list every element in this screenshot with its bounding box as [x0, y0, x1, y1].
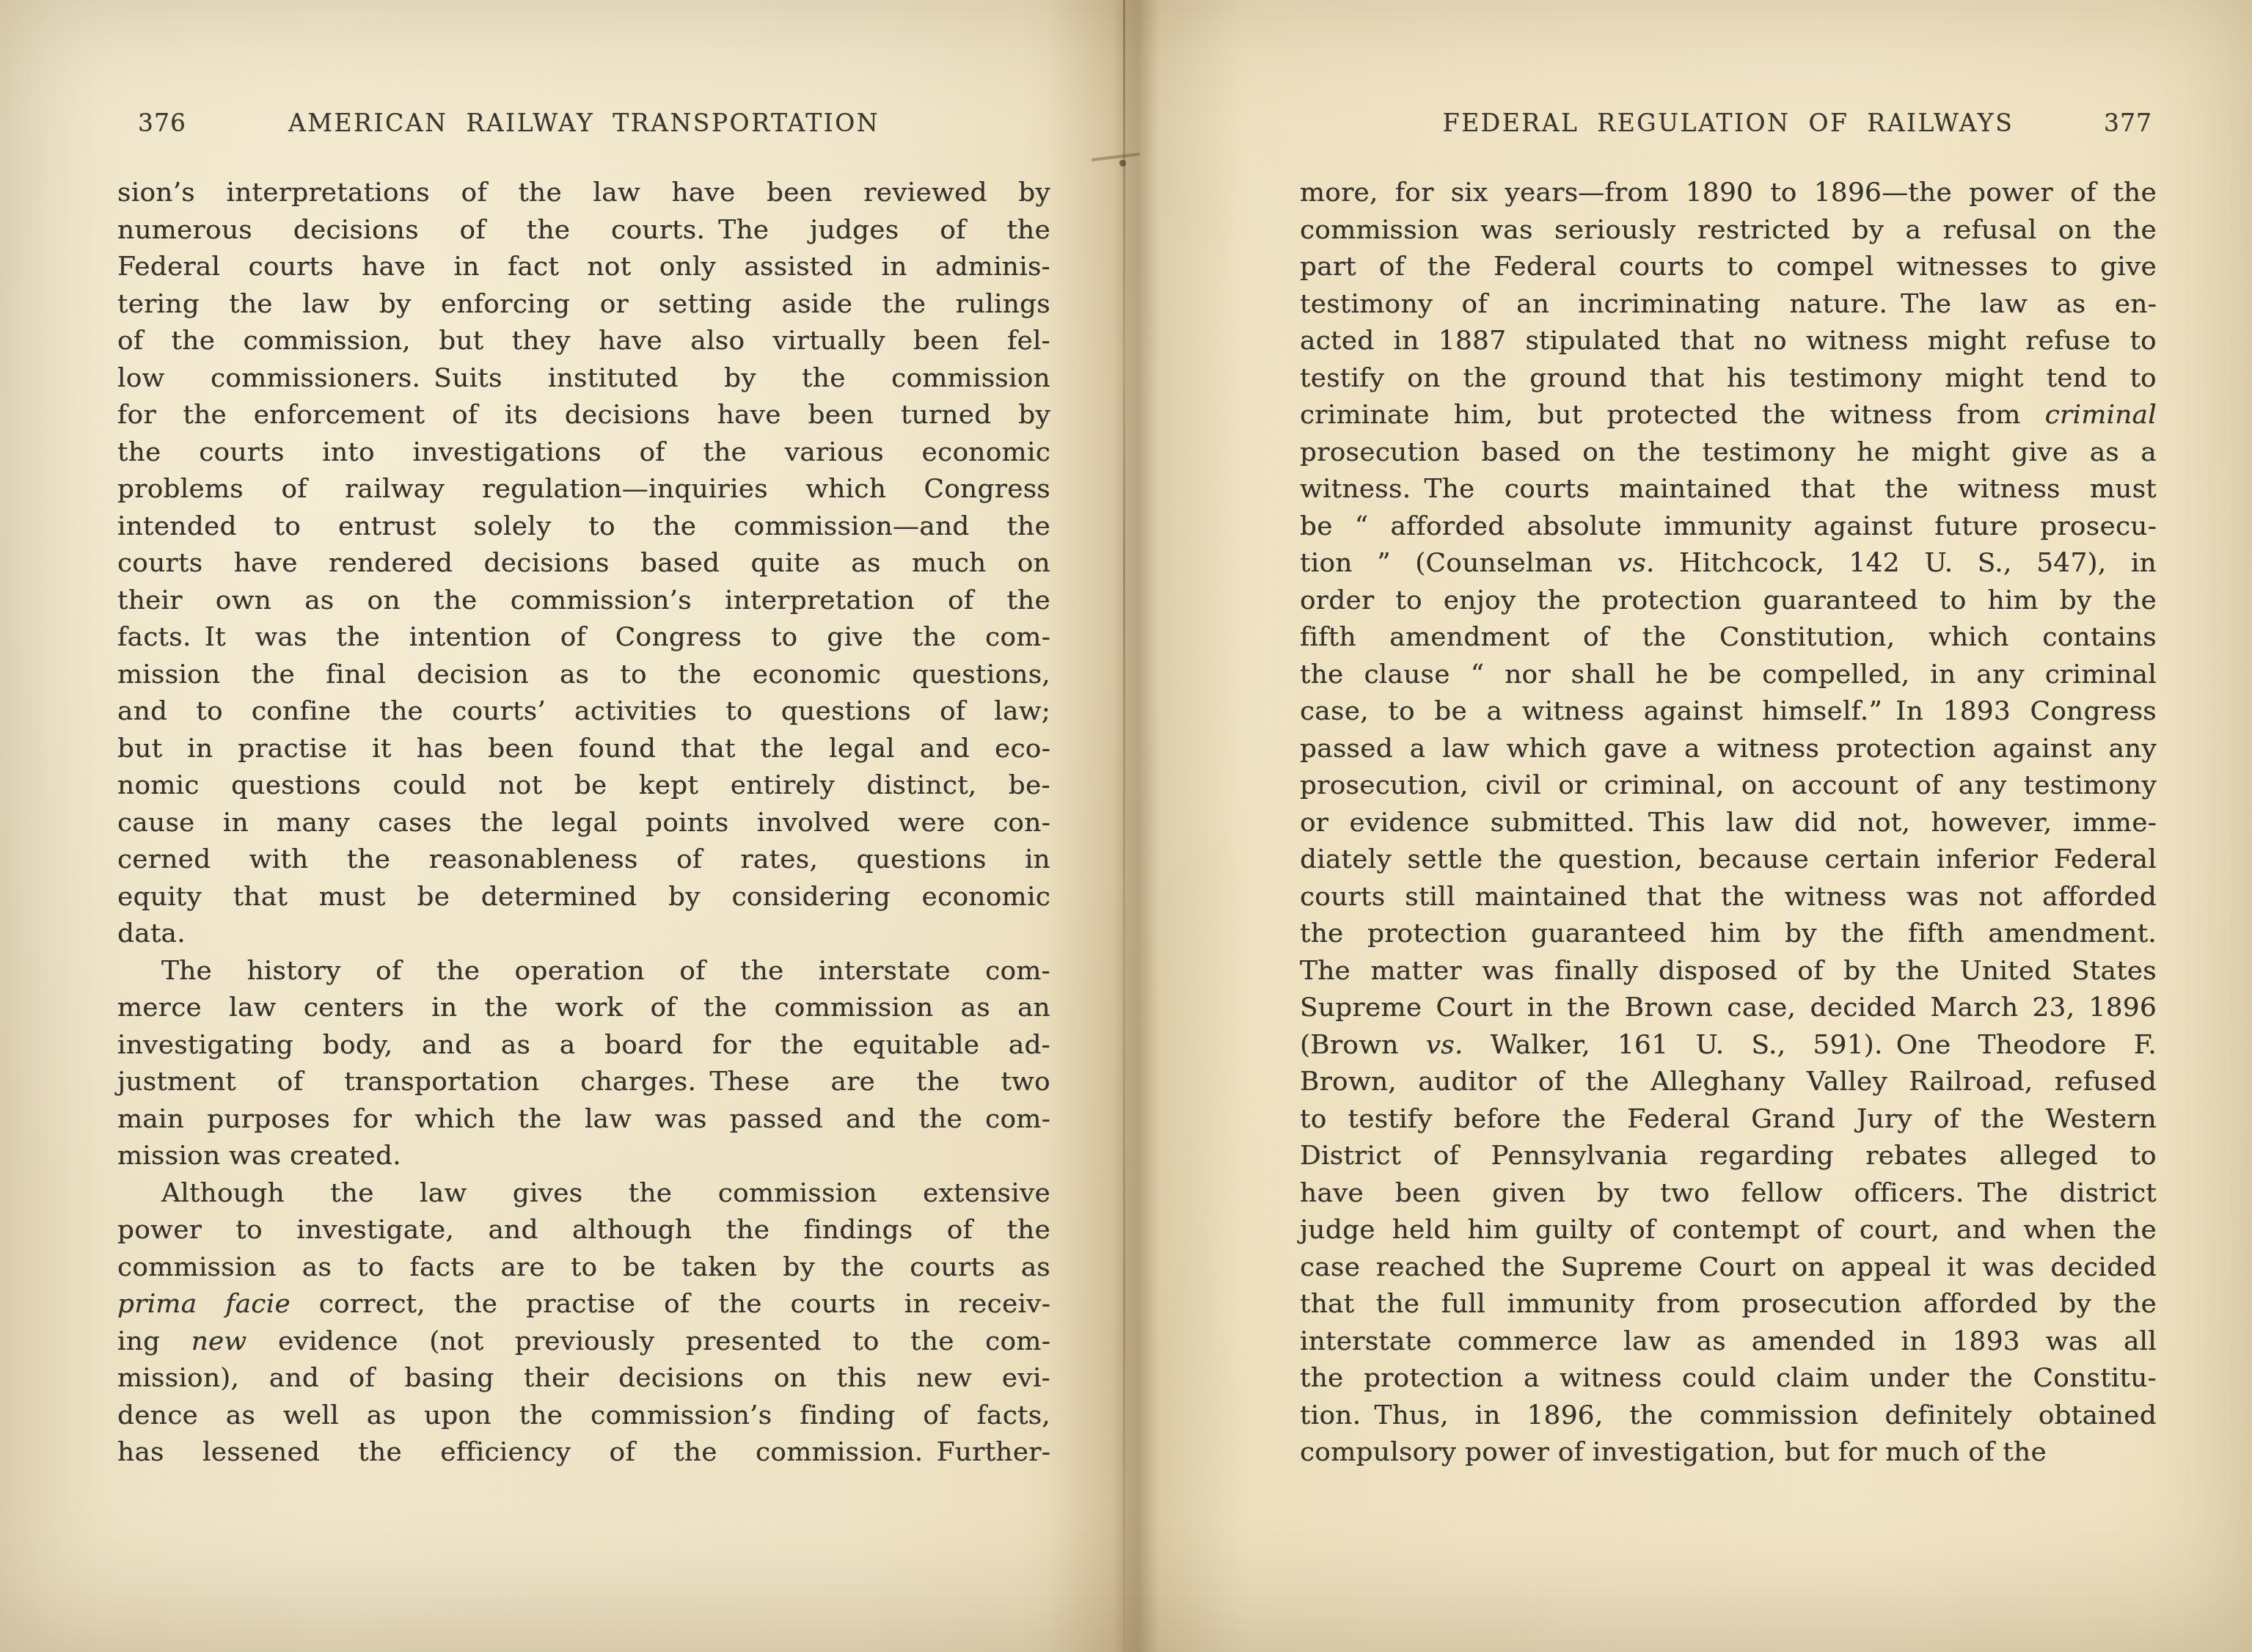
text-line: courts have rendered decisions based qui…: [117, 545, 1050, 582]
text-line: Federal courts have in fact not only ass…: [117, 249, 1050, 286]
text-line: The matter was finally disposed of by th…: [1300, 953, 2157, 990]
text-line: criminate him, but protected the witness…: [1300, 397, 2157, 434]
text-line: have been given by two fellow officers. …: [1300, 1175, 2157, 1213]
text-line: Supreme Court in the Brown case, decided…: [1300, 990, 2157, 1027]
text-line: testify on the ground that his testimony…: [1300, 360, 2157, 398]
left-page-text: sion’s interpretations of the law have b…: [117, 175, 1050, 1472]
text-line: the protection guaranteed him by the fif…: [1300, 915, 2157, 953]
text-line: prosecution, civil or criminal, on accou…: [1300, 767, 2157, 805]
text-line: judge held him guilty of contempt of cou…: [1300, 1212, 2157, 1249]
text-line: nomic questions could not be kept entire…: [117, 767, 1050, 805]
text-line: case reached the Supreme Court on appeal…: [1300, 1249, 2157, 1287]
text-line: acted in 1887 stipulated that no witness…: [1300, 323, 2157, 360]
text-line: has lessened the efficiency of the commi…: [117, 1434, 1050, 1472]
text-line: tion ” (Counselman vs. Hitchcock, 142 U.…: [1300, 545, 2157, 582]
text-line: diately settle the question, because cer…: [1300, 841, 2157, 879]
text-line: District of Pennsylvania regarding rebat…: [1300, 1138, 2157, 1175]
text-line: prima facie correct, the practise of the…: [117, 1286, 1050, 1323]
text-line: the clause “ nor shall he be compelled, …: [1300, 657, 2157, 694]
left-page-header: 376 AMERICAN RAILWAY TRANSPORTATION: [117, 109, 1050, 141]
text-line: and to confine the courts’ activities to…: [117, 693, 1050, 731]
text-line: commission was seriously restricted by a…: [1300, 212, 2157, 249]
text-line: equity that must be determined by consid…: [117, 879, 1050, 916]
text-line: cause in many cases the legal points inv…: [117, 805, 1050, 842]
text-line: Brown, auditor of the Alleghany Valley R…: [1300, 1064, 2157, 1101]
text-line: the protection a witness could claim und…: [1300, 1360, 2157, 1397]
text-line: testimony of an incriminating nature. Th…: [1300, 286, 2157, 324]
text-line: case, to be a witness against himself.” …: [1300, 693, 2157, 731]
book-spread-scan: { "colors": { "paper": "#efe3c6", "ink":…: [0, 0, 2252, 1652]
text-line: The history of the operation of the inte…: [117, 953, 1050, 990]
left-page-number: 376: [138, 109, 186, 137]
right-running-head: FEDERAL REGULATION OF RAILWAYS: [1443, 109, 2014, 137]
text-line: ing new evidence (not previously present…: [117, 1323, 1050, 1361]
text-line: the courts into investigations of the va…: [117, 434, 1050, 472]
text-line: courts still maintained that the witness…: [1300, 879, 2157, 916]
text-line: merce law centers in the work of the com…: [117, 990, 1050, 1027]
text-line: data.: [117, 915, 1050, 953]
text-line: investigating body, and as a board for t…: [117, 1027, 1050, 1064]
text-line: or evidence submitted. This law did not,…: [1300, 805, 2157, 842]
text-line: commission as to facts are to be taken b…: [117, 1249, 1050, 1287]
text-line: mission was created.: [117, 1138, 1050, 1175]
text-line: prosecution based on the testimony he mi…: [1300, 434, 2157, 472]
text-line: facts. It was the intention of Congress …: [117, 619, 1050, 657]
text-line: order to enjoy the protection guaranteed…: [1300, 582, 2157, 620]
spine-crease-notch: [1092, 153, 1140, 161]
book-gutter-shadow: [1023, 0, 1251, 1652]
right-page-text: more, for six years—from 1890 to 1896—th…: [1300, 175, 2157, 1472]
text-line: that the full immunity from prosecution …: [1300, 1286, 2157, 1323]
text-line: be “ afforded absolute immunity against …: [1300, 508, 2157, 546]
text-line: mission the final decision as to the eco…: [117, 657, 1050, 694]
text-line: tering the law by enforcing or setting a…: [117, 286, 1050, 324]
left-running-head: AMERICAN RAILWAY TRANSPORTATION: [288, 109, 880, 137]
text-line: but in practise it has been found that t…: [117, 731, 1050, 768]
text-line: their own as on the commission’s interpr…: [117, 582, 1050, 620]
text-line: sion’s interpretations of the law have b…: [117, 175, 1050, 212]
text-line: passed a law which gave a witness protec…: [1300, 731, 2157, 768]
spine-crease: [1123, 0, 1125, 1652]
text-line: numerous decisions of the courts. The ju…: [117, 212, 1050, 249]
text-line: part of the Federal courts to compel wit…: [1300, 249, 2157, 286]
text-line: compulsory power of investigation, but f…: [1300, 1434, 2157, 1472]
text-line: power to investigate, and although the f…: [117, 1212, 1050, 1249]
text-line: dence as well as upon the commission’s f…: [117, 1397, 1050, 1435]
spine-ink-speck: [1119, 160, 1126, 167]
right-page-number: 377: [2104, 109, 2152, 137]
text-line: for the enforcement of its decisions hav…: [117, 397, 1050, 434]
text-line: intended to entrust solely to the commis…: [117, 508, 1050, 546]
text-line: fifth amendment of the Constitution, whi…: [1300, 619, 2157, 657]
text-line: mission), and of basing their decisions …: [117, 1360, 1050, 1397]
text-line: problems of railway regulation—inquiries…: [117, 471, 1050, 508]
text-line: Although the law gives the commission ex…: [117, 1175, 1050, 1213]
text-line: low commissioners. Suits instituted by t…: [117, 360, 1050, 398]
text-line: cerned with the reasonableness of rates,…: [117, 841, 1050, 879]
text-line: (Brown vs. Walker, 161 U. S., 591). One …: [1300, 1027, 2157, 1064]
right-page-header: FEDERAL REGULATION OF RAILWAYS 377: [1300, 109, 2157, 141]
text-line: to testify before the Federal Grand Jury…: [1300, 1101, 2157, 1139]
text-line: justment of transportation charges. Thes…: [117, 1064, 1050, 1101]
text-line: interstate commerce law as amended in 18…: [1300, 1323, 2157, 1361]
text-line: main purposes for which the law was pass…: [117, 1101, 1050, 1139]
text-line: witness. The courts maintained that the …: [1300, 471, 2157, 508]
text-line: tion. Thus, in 1896, the commission defi…: [1300, 1397, 2157, 1435]
text-line: more, for six years—from 1890 to 1896—th…: [1300, 175, 2157, 212]
text-line: of the commission, but they have also vi…: [117, 323, 1050, 360]
